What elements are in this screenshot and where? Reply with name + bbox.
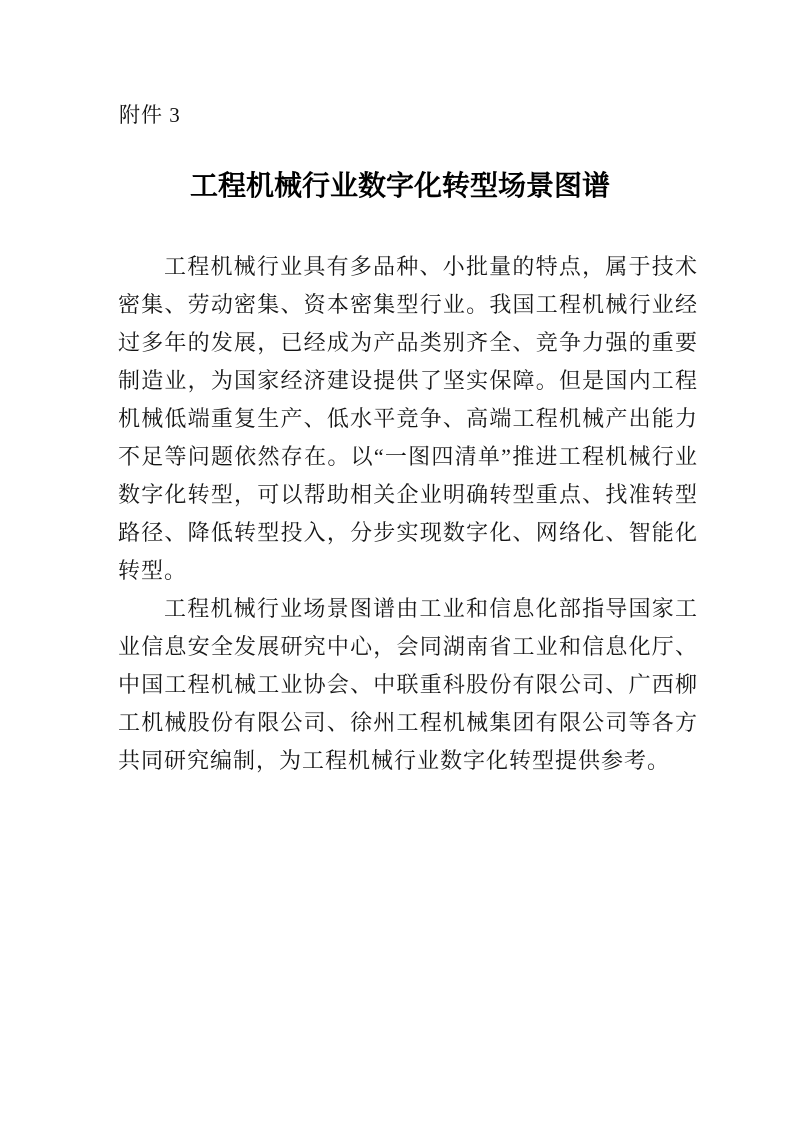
paragraph1-line8: 路径、降低转型投入，分步实现数字化、网络化、智能化: [118, 514, 698, 552]
document-title: 工程机械行业数字化转型场景图谱: [0, 169, 800, 205]
paragraph1-line4: 制造业，为国家经济建设提供了坚实保障。但是国内工程: [118, 362, 698, 400]
paragraph2-line3: 中国工程机械工业协会、中联重科股份有限公司、广西柳: [118, 666, 698, 704]
paragraph1-line7: 数字化转型，可以帮助相关企业明确转型重点、找准转型: [118, 476, 698, 514]
paragraph1-line1: 工程机械行业具有多品种、小批量的特点，属于技术: [118, 248, 698, 286]
paragraph2-line4: 工机械股份有限公司、徐州工程机械集团有限公司等各方: [118, 704, 698, 742]
document-page: 附件 3 工程机械行业数字化转型场景图谱 工程机械行业具有多品种、小批量的特点，…: [0, 0, 800, 1131]
document-body: 工程机械行业具有多品种、小批量的特点，属于技术 密集、劳动密集、资本密集型行业。…: [118, 248, 698, 780]
paragraph1-line5: 机械低端重复生产、低水平竞争、高端工程机械产出能力: [118, 400, 698, 438]
paragraph1-line6: 不足等问题依然存在。以“一图四清单”推进工程机械行业: [118, 438, 698, 476]
attachment-label: 附件 3: [119, 103, 181, 127]
paragraph2-line2: 业信息安全发展研究中心，会同湖南省工业和信息化厅、: [118, 628, 698, 666]
paragraph1-line9: 转型。: [118, 552, 698, 590]
paragraph1-line3: 过多年的发展，已经成为产品类别齐全、竞争力强的重要: [118, 324, 698, 362]
paragraph2-line1: 工程机械行业场景图谱由工业和信息化部指导国家工: [118, 590, 698, 628]
paragraph2-line5: 共同研究编制，为工程机械行业数字化转型提供参考。: [118, 742, 698, 780]
paragraph1-line2: 密集、劳动密集、资本密集型行业。我国工程机械行业经: [118, 286, 698, 324]
